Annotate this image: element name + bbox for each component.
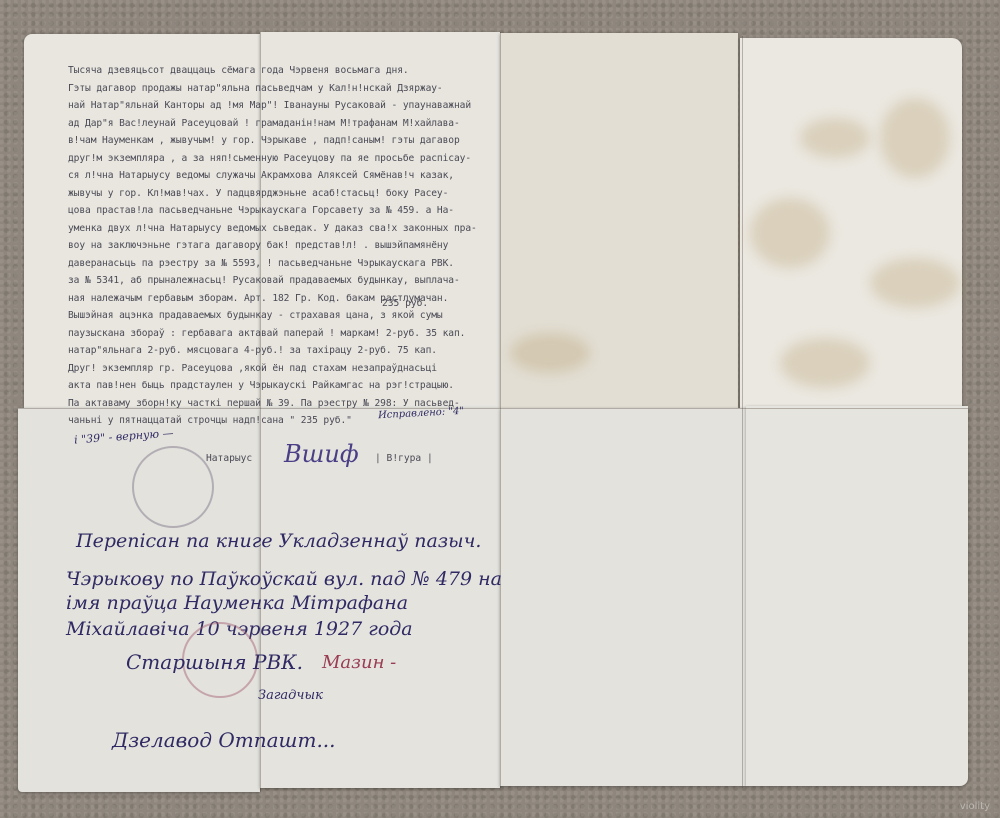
notary-stamp xyxy=(132,446,214,528)
fold-line xyxy=(742,36,743,788)
typed-line: друг!м экземпляра , а за няп!сьменную Ра… xyxy=(68,150,498,168)
signature-label: | В!гура | xyxy=(375,453,433,464)
typed-line: ся л!чна Натарыусу ведомы служачы Акрамх… xyxy=(68,167,498,185)
sum-correction: 235 руб. xyxy=(382,298,428,309)
typed-line: паузыскана збораў : гербавага актавай па… xyxy=(68,325,498,343)
typed-line: в!чам Науменкам , жывучым! у гор. Чэрыка… xyxy=(68,132,498,150)
typed-line: Вышэйная ацэнка прадаваемых будынкау - с… xyxy=(68,307,498,325)
secretary-signature: Дзелавод Отпашт... xyxy=(112,728,336,752)
typed-line: ная належачым гербавым зборам. Арт. 182 … xyxy=(68,290,498,308)
document-panel-top-right-1 xyxy=(500,33,738,408)
handwritten-note-line: Перепісан па книге Укладзеннаў пазыч. xyxy=(76,530,481,552)
typed-line: натар"яльнага 2-руб. мясцовага 4-руб.! з… xyxy=(68,342,498,360)
typed-line: Гэты дагавор продажы натар"яльна пасьвед… xyxy=(68,80,498,98)
typed-line: воу на заключэньне гэтага дагавору бак! … xyxy=(68,237,498,255)
handwritten-note-line: імя праўца Науменка Мітрафана xyxy=(66,592,408,614)
notary-signature: Вшиф xyxy=(284,440,359,468)
typed-line: уменка двух л!чна Натарыусу ведомых сьве… xyxy=(68,220,498,238)
typed-line: цова прастав!ла пасьведчаньне Чэрыкауска… xyxy=(68,202,498,220)
typed-contract-text: Тысяча дзевяцьсот дваццаць сёмага года Ч… xyxy=(68,62,498,430)
typed-line: Тысяча дзевяцьсот дваццаць сёмага года Ч… xyxy=(68,62,498,80)
typed-line: най Натар"яльнай Канторы ад !мя Мар"! Ів… xyxy=(68,97,498,115)
handwritten-note-line: Чэрыкову по Паўкоўскай вул. пад № 479 на xyxy=(66,568,502,590)
chairman-label: Старшыня РВК. xyxy=(126,650,303,674)
typed-line: Друг! экземпляр гр. Расеуцова ,якой ён п… xyxy=(68,360,498,378)
typed-line: жывучы у гор. Кл!мав!чах. У падцвярджэнь… xyxy=(68,185,498,203)
watermark: violity xyxy=(960,801,990,812)
typed-line: за № 5341, аб прыналежнасьц! Русаковай п… xyxy=(68,272,498,290)
notary-label: Натарыус xyxy=(206,453,252,464)
typed-line: акта пав!нен быць прадстаулен у Чэрыкаус… xyxy=(68,377,498,395)
document-panel-bottom-right-2 xyxy=(746,406,968,786)
chairman-signature: Мазин - xyxy=(322,652,396,673)
document-panel-bottom-right-1 xyxy=(500,408,746,786)
document-panel-top-right-2 xyxy=(740,38,962,408)
secretary-label: Загадчык xyxy=(258,688,323,703)
typed-line: даверанасьць па рэестру за № 5593, ! пас… xyxy=(68,255,498,273)
fold-line xyxy=(500,32,501,788)
typed-line: ад Дар"я Вас!леунай Расеуцовай ! грамада… xyxy=(68,115,498,133)
